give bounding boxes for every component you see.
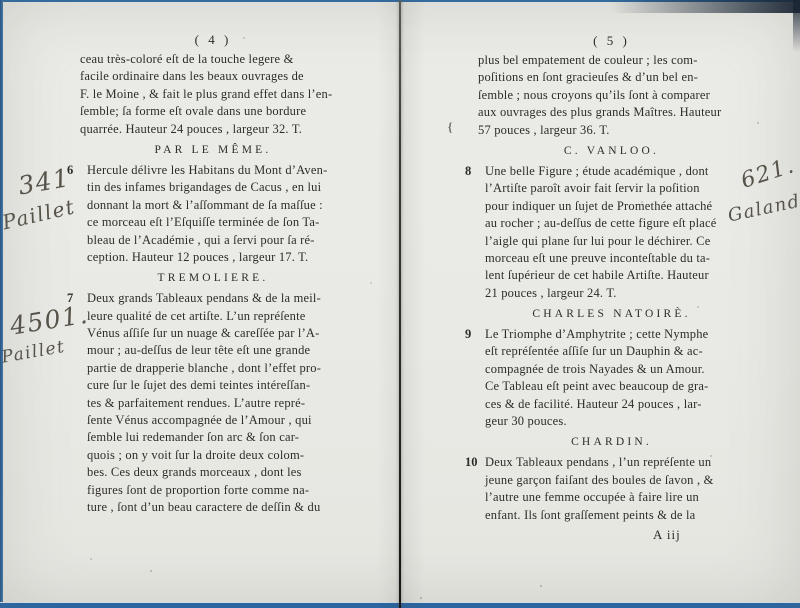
paragraph: plus bel empatement de couleur ; les com…: [478, 52, 745, 139]
text-line: ceau très-coloré eſt de la touche legere…: [80, 51, 346, 68]
text-line: Une belle Figure ; étude académique , do…: [485, 163, 745, 180]
catalog-item: 8Une belle Figure ; étude académique , d…: [478, 163, 745, 302]
page-corner-shadow-side: [793, 0, 800, 52]
handwritten-annotation: Paillet: [0, 194, 78, 234]
section-heading: C. VANLOO.: [478, 143, 745, 160]
handwritten-annotation: 621.: [738, 153, 798, 194]
item-number: 8: [465, 163, 471, 180]
text-line: eſt repréſentée aſſiſe ſur un Dauphin & …: [485, 343, 745, 360]
handwritten-annotation: Paillet: [0, 337, 67, 368]
text-line: ception. Hauteur 12 pouces , largeur 17.…: [87, 249, 346, 266]
text-line: Deux Tableaux pendans , l’un repréſente …: [485, 454, 745, 471]
page-4-text-column: ceau très-coloré eſt de la touche legere…: [80, 51, 346, 516]
text-line: geur 30 pouces.: [485, 413, 745, 430]
text-line: enfant. Ils ſont graſſement peints & de …: [485, 507, 745, 524]
text-line: tes & parfaitement rendues. L’autre repr…: [87, 395, 346, 412]
page-gutter-fold: [399, 0, 401, 608]
signature-mark: A iij: [478, 526, 745, 544]
text-line: Ce Tableau eſt peint avec beaucoup de gr…: [485, 378, 745, 395]
text-line: ture , ſont d’un beau caractere de deſſi…: [87, 499, 346, 516]
catalog-item: 10Deux Tableaux pendans , l’un repréſent…: [478, 454, 745, 524]
text-line: l’autre une femme occupée à faire lire u…: [485, 489, 745, 506]
text-line: Hercule délivre les Habitans du Mont d’A…: [87, 162, 346, 179]
paper-specks: [0, 0, 2, 2]
text-line: pour indiquer un ſujet de Promethée atta…: [485, 198, 745, 215]
text-line: morceau eſt une preuve inconteſtable du …: [485, 250, 745, 267]
catalog-item: 9Le Triomphe d’Amphytrite ; cette Nymphe…: [478, 326, 745, 430]
text-line: F. le Moine , & fait le plus grand effet…: [80, 86, 346, 103]
text-line: ce morceau eſt l’Eſquiſſe terminée de ſo…: [87, 214, 346, 231]
item-number: 10: [465, 454, 478, 471]
text-line: ces & de facilité. Hauteur 24 pouces , l…: [485, 396, 745, 413]
text-line: Deux grands Tableaux pendans & de la mei…: [87, 290, 346, 307]
text-line: l’Artiſte paroît avoir fait ſervir la po…: [485, 180, 745, 197]
text-line: bes. Ces deux grands morceaux , dont les: [87, 464, 346, 481]
section-heading: TREMOLIERE.: [80, 270, 346, 287]
text-line: compagnée de trois Nayades & un Amour.: [485, 361, 745, 378]
paragraph: ceau très-coloré eſt de la touche legere…: [80, 51, 346, 138]
text-line: quarrée. Hauteur 24 pouces , largeur 32.…: [80, 121, 346, 138]
text-line: donnant la mort & l’aſſommant de ſa maſſ…: [87, 197, 346, 214]
handwritten-annotation: 4501.: [8, 300, 91, 341]
text-line: Vénus aſſiſe ſur un nuage & careſſée par…: [87, 325, 346, 342]
page-5: ( 5 ) plus bel empatement de couleur ; l…: [478, 31, 745, 544]
page-number-right: ( 5 ): [478, 31, 745, 52]
page-4: ( 4 ) ceau très-coloré eſt de la touche …: [80, 30, 346, 516]
handwritten-annotation: 341: [16, 163, 72, 201]
gutter-shading-left: [377, 0, 399, 608]
text-line: aux ouvrages des plus grands Maîtres. Ha…: [478, 104, 745, 121]
text-line: lent ſupérieur de cet habile Artiſte. Ha…: [485, 267, 745, 284]
text-line: 21 pouces , largeur 24. T.: [485, 285, 745, 302]
text-line: mour ; au-deſſus de leur tête eſt une gr…: [87, 342, 346, 359]
text-line: au rocher ; au-deſſus de cette figure eſ…: [485, 215, 745, 232]
text-line: l’aigle qui plane ſur lui pour le déchir…: [485, 233, 745, 250]
text-line: bleau de l’Académie , qui a ſervi pour ſ…: [87, 232, 346, 249]
text-line: quois ; on y voit ſur la droite deux col…: [87, 447, 346, 464]
item-number: 9: [465, 326, 471, 343]
text-line: jeune garçon faiſant des boules de ſavon…: [485, 472, 745, 489]
stray-ink-mark: {: [447, 119, 453, 135]
text-line: ſemble lui redemander ſon arc & ſon car-: [87, 429, 346, 446]
scanner-edge-left: [0, 0, 3, 608]
text-line: ſemble ; nous croyons qu’ils ſont à comp…: [478, 87, 745, 104]
text-line: plus bel empatement de couleur ; les com…: [478, 52, 745, 69]
text-line: Le Triomphe d’Amphytrite ; cette Nymphe: [485, 326, 745, 343]
text-line: poſitions en ſont gracieuſes & d’un bel …: [478, 69, 745, 86]
page-number-left: ( 4 ): [80, 30, 346, 51]
text-line: 57 pouces , largeur 36. T.: [478, 122, 745, 139]
text-line: facile ordinaire dans les beaux ouvrages…: [80, 68, 346, 85]
text-line: leure qualité de cet artiſte. L’un repré…: [87, 308, 346, 325]
text-line: tin des infames brigandages de Cacus , e…: [87, 179, 346, 196]
text-line: figures ſont de proportion forte comme n…: [87, 482, 346, 499]
text-line: ſemble; ſa forme eſt ovale dans une bord…: [80, 103, 346, 120]
text-line: partie de drapperie blanche , dont l’eff…: [87, 360, 346, 377]
gutter-shading-right: [401, 0, 425, 608]
page-5-text-column: plus bel empatement de couleur ; les com…: [478, 52, 745, 544]
text-line: cure ſur le ſujet des demi teintes intér…: [87, 377, 346, 394]
section-heading: CHARLES NATOIRÈ.: [478, 306, 745, 323]
section-heading: PAR LE MÊME.: [80, 142, 346, 159]
section-heading: CHARDIN.: [478, 434, 745, 451]
catalog-item: 6Hercule délivre les Habitans du Mont d’…: [80, 162, 346, 266]
catalog-item: 7Deux grands Tableaux pendans & de la me…: [80, 290, 346, 516]
page-corner-shadow: [610, 0, 800, 13]
text-line: ſente Vénus accompagnée de l’Amour , qui: [87, 412, 346, 429]
